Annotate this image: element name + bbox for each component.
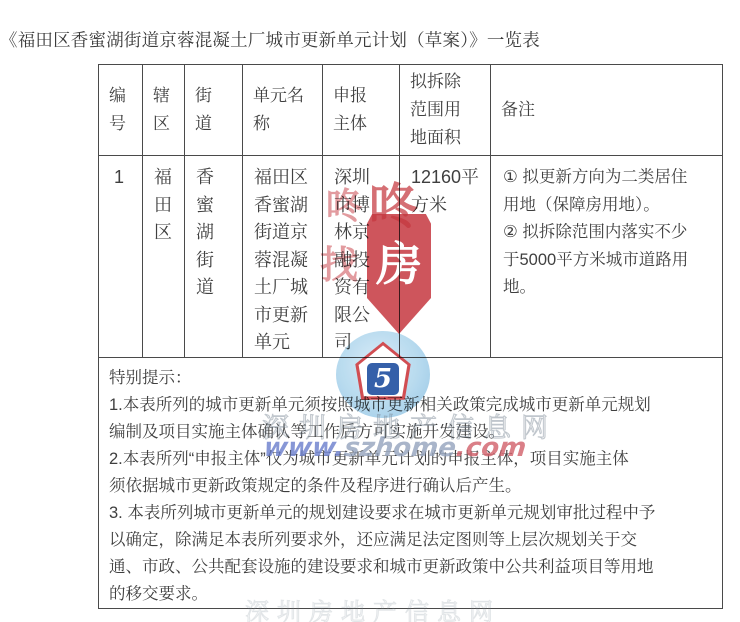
- cell-demolition-area: 12160平 方米: [400, 156, 491, 358]
- header-serial-number: 编 号: [99, 65, 143, 156]
- cell-street: 香 蜜 湖 街 道: [185, 156, 243, 358]
- page-title: 《福田区香蜜湖街道京蓉混凝土厂城市更新单元计划（草案）》一览表: [0, 27, 740, 52]
- urban-renewal-plan-table: 编 号 辖 区 街 道 单元名 称 申报 主体 拟拆除 范围用 地面积 备注 1…: [98, 64, 723, 609]
- header-district: 辖 区: [143, 65, 185, 156]
- header-demolition-area: 拟拆除 范围用 地面积: [400, 65, 491, 156]
- header-remarks: 备注: [491, 65, 723, 156]
- special-notes-text: 特别提示： 1.本表所列的城市更新单元须按照城市更新相关政策完成城市更新单元规划…: [99, 358, 723, 609]
- header-street: 街 道: [185, 65, 243, 156]
- header-unit-name: 单元名 称: [243, 65, 323, 156]
- cell-district: 福 田 区: [143, 156, 185, 358]
- cell-unit-name: 福田区 香蜜湖 街道京 蓉混凝 土厂城 市更新 单元: [243, 156, 323, 358]
- cell-remarks: ① 拟更新方向为二类居住 用地（保障房用地）。 ② 拟拆除范围内落实不少 于50…: [491, 156, 723, 358]
- cell-serial-number: 1: [99, 156, 143, 358]
- cell-applicant: 深圳 市博 林京 融投 资有 限公 司: [323, 156, 400, 358]
- notes-row: 特别提示： 1.本表所列的城市更新单元须按照城市更新相关政策完成城市更新单元规划…: [99, 358, 723, 609]
- table-header-row: 编 号 辖 区 街 道 单元名 称 申报 主体 拟拆除 范围用 地面积 备注: [99, 65, 723, 156]
- table-row: 1 福 田 区 香 蜜 湖 街 道 福田区 香蜜湖 街道京 蓉混凝 土厂城 市更…: [99, 156, 723, 358]
- header-applicant: 申报 主体: [323, 65, 400, 156]
